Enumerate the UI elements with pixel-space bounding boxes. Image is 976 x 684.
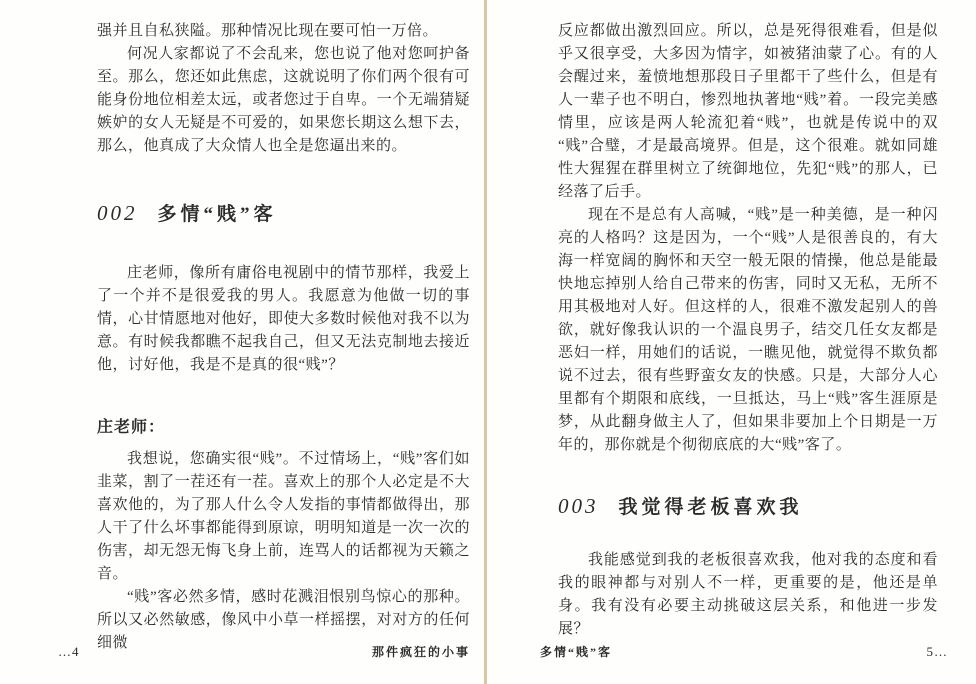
paragraph-reader-letter: 庄老师，像所有庸俗电视剧中的情节那样，我爱上了一个并不是很爱我的男人。我愿意为他… bbox=[97, 262, 470, 377]
paragraph-advice: 何况人家都说了不会乱来，您也说了他对您呵护备至。那么，您还如此焦虑，这就说明了你… bbox=[97, 43, 470, 158]
paragraph-reply: 现在不是总有人高喊，“贱”是一种美德，是一种闪亮的人格吗？这是因为，一个“贱”人… bbox=[558, 204, 938, 457]
footer-left: …4 那件疯狂的小事 bbox=[58, 643, 470, 660]
paragraph-reply: 我想说，您确实很“贱”。不过情场上，“贱”客们如韭菜，割了一茬还有一茬。喜欢上的… bbox=[97, 448, 470, 586]
section-number: 003 bbox=[558, 491, 599, 521]
book-spread: 强并且自私狭隘。那种情况比现在要可怕一万倍。 何况人家都说了不会乱来，您也说了他… bbox=[0, 0, 976, 684]
paragraph-reply-continuation: 反应都做出激烈回应。所以，总是死得很难看，但是似乎又很享受，大多因为情字，如被猪… bbox=[558, 20, 938, 204]
section-heading-003: 003 我觉得老板喜欢我 bbox=[558, 491, 938, 523]
section-title: 多情“贱”客 bbox=[158, 200, 277, 230]
section-number: 002 bbox=[97, 198, 138, 228]
paragraph-reader-letter: 我能感觉到我的老板很喜欢我，他对我的态度和看我的眼神都与对别人不一样，更重要的是… bbox=[558, 549, 938, 641]
page-number-right: 5… bbox=[927, 644, 949, 660]
running-title-book: 那件疯狂的小事 bbox=[372, 643, 470, 660]
section-heading-002: 002 多情“贱”客 bbox=[97, 198, 470, 230]
page-left: 强并且自私狭隘。那种情况比现在要可怕一万倍。 何况人家都说了不会乱来，您也说了他… bbox=[97, 20, 470, 655]
section-title: 我觉得老板喜欢我 bbox=[619, 493, 803, 523]
footer-right: 多情“贱”客 5… bbox=[540, 643, 948, 660]
page-right: 反应都做出激烈回应。所以，总是死得很难看，但是似乎又很享受，大多因为情字，如被猪… bbox=[558, 20, 938, 641]
gutter-fold-line bbox=[484, 0, 487, 684]
reply-salutation: 庄老师： bbox=[97, 415, 470, 440]
paragraph-continuation: 强并且自私狭隘。那种情况比现在要可怕一万倍。 bbox=[97, 20, 470, 43]
running-title-chapter: 多情“贱”客 bbox=[540, 643, 612, 660]
page-number-left: …4 bbox=[58, 644, 80, 660]
